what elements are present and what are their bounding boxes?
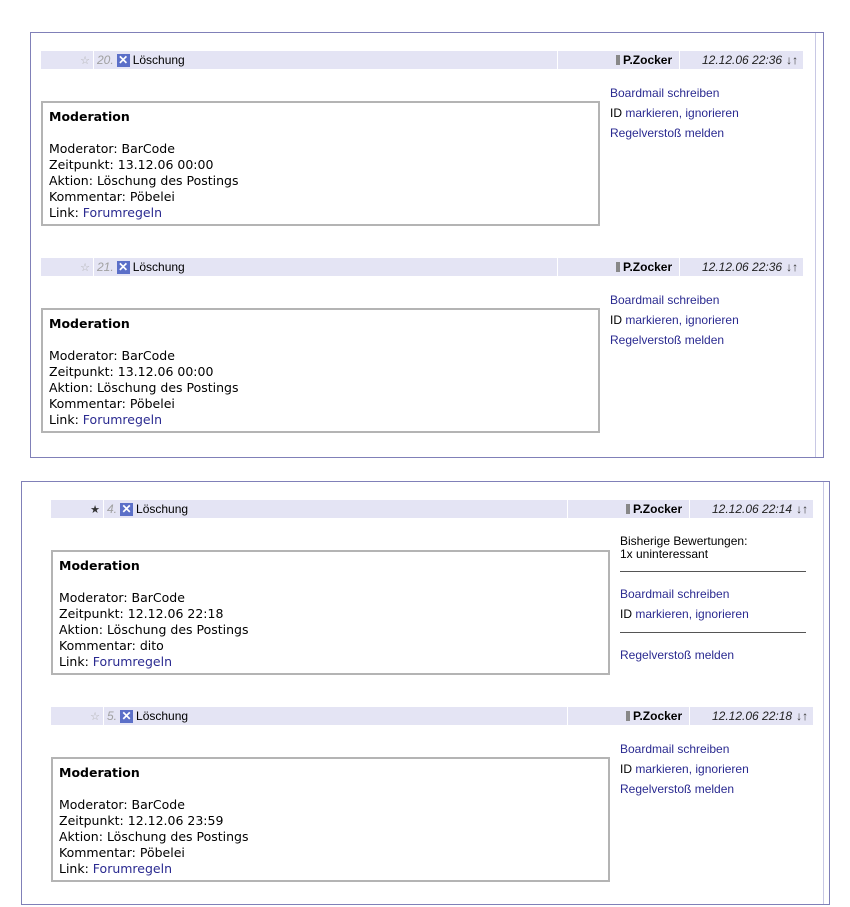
author-link[interactable]: P.Zocker xyxy=(626,500,682,518)
post-number: 21. xyxy=(97,260,114,274)
star-outline-icon[interactable]: ☆ xyxy=(79,54,91,67)
time-line: Zeitpunkt: 13.12.06 00:00 xyxy=(49,364,592,380)
post-title-link[interactable]: Löschung xyxy=(136,709,188,723)
author-link[interactable]: P.Zocker xyxy=(616,258,672,276)
moderator-line: Moderator: BarCode xyxy=(59,797,602,813)
post-number: 5. xyxy=(107,709,117,723)
separator: , xyxy=(689,607,692,621)
forumregeln-link[interactable]: Forumregeln xyxy=(93,654,172,669)
comment-line: Kommentar: Pöbelei xyxy=(49,189,592,205)
forumregeln-link[interactable]: Forumregeln xyxy=(83,205,162,220)
report-link[interactable]: Regelverstoß melden xyxy=(620,648,734,662)
author-link[interactable]: P.Zocker xyxy=(626,707,682,725)
x-icon: ✕ xyxy=(120,503,133,516)
post-actions: Boardmail schreiben ID markieren, ignori… xyxy=(610,83,810,143)
rating-value: 1x uninteressant xyxy=(620,548,820,561)
star-outline-icon[interactable]: ☆ xyxy=(79,261,91,274)
moderator-line: Moderator: BarCode xyxy=(59,590,602,606)
star-outline-icon[interactable]: ☆ xyxy=(89,710,101,723)
moderator-line: Moderator: BarCode xyxy=(49,141,592,157)
post-actions: Boardmail schreiben ID markieren, ignori… xyxy=(610,290,810,350)
action-line: Aktion: Löschung des Postings xyxy=(59,622,602,638)
action-line: Aktion: Löschung des Postings xyxy=(59,829,602,845)
time-line: Zeitpunkt: 12.12.06 22:18 xyxy=(59,606,602,622)
x-icon: ✕ xyxy=(120,710,133,723)
ignore-link[interactable]: ignorieren xyxy=(685,313,738,327)
mark-link[interactable]: markieren xyxy=(625,313,678,327)
comment-line: Kommentar: Pöbelei xyxy=(49,396,592,412)
time-line: Zeitpunkt: 12.12.06 23:59 xyxy=(59,813,602,829)
thread-panel-2: ★ 4. ✕ Löschung P.Zocker 12.12.06 22:14 … xyxy=(21,481,830,905)
post-5: ☆ 5. ✕ Löschung P.Zocker 12.12.06 22:18 … xyxy=(51,707,823,897)
moderation-box: Moderation Moderator: BarCode Zeitpunkt:… xyxy=(41,101,600,226)
report-link[interactable]: Regelverstoß melden xyxy=(610,126,724,140)
moderation-heading: Moderation xyxy=(49,109,592,125)
phone-icon xyxy=(616,55,620,65)
navigate-arrows-icon[interactable]: ↓↑ xyxy=(796,709,808,723)
post-number: 4. xyxy=(107,502,117,516)
separator: , xyxy=(679,106,682,120)
divider xyxy=(620,571,806,572)
panel-scroll-track xyxy=(815,33,816,457)
mark-link[interactable]: markieren xyxy=(635,762,688,776)
phone-icon xyxy=(616,262,620,272)
x-icon: ✕ xyxy=(117,261,130,274)
moderation-box: Moderation Moderator: BarCode Zeitpunkt:… xyxy=(41,308,600,433)
comment-line: Kommentar: Pöbelei xyxy=(59,845,602,861)
post-title-link[interactable]: Löschung xyxy=(133,260,185,274)
moderation-box: Moderation Moderator: BarCode Zeitpunkt:… xyxy=(51,757,610,882)
post-4: ★ 4. ✕ Löschung P.Zocker 12.12.06 22:14 … xyxy=(51,500,823,700)
post-actions: Bisherige Bewertungen: 1x uninteressant … xyxy=(620,535,820,665)
post-date: 12.12.06 22:36 xyxy=(702,260,782,274)
ignore-link[interactable]: ignorieren xyxy=(695,607,748,621)
panel-scroll-track xyxy=(823,482,824,904)
boardmail-link[interactable]: Boardmail schreiben xyxy=(610,86,719,100)
phone-icon xyxy=(626,504,630,514)
author-name: P.Zocker xyxy=(623,260,672,274)
divider xyxy=(620,632,806,633)
link-line: Link: Forumregeln xyxy=(49,205,592,221)
moderation-heading: Moderation xyxy=(59,558,602,574)
mark-link[interactable]: markieren xyxy=(635,607,688,621)
post-20: ☆ 20. ✕ Löschung P.Zocker 12.12.06 22:36… xyxy=(41,51,813,231)
author-name: P.Zocker xyxy=(633,502,682,516)
id-label: ID xyxy=(610,106,622,120)
navigate-arrows-icon[interactable]: ↓↑ xyxy=(786,53,798,67)
moderator-line: Moderator: BarCode xyxy=(49,348,592,364)
forumregeln-link[interactable]: Forumregeln xyxy=(83,412,162,427)
comment-line: Kommentar: dito xyxy=(59,638,602,654)
post-title-link[interactable]: Löschung xyxy=(133,53,185,67)
post-date: 12.12.06 22:18 xyxy=(712,709,792,723)
ignore-link[interactable]: ignorieren xyxy=(685,106,738,120)
post-header: ☆ 21. ✕ Löschung P.Zocker 12.12.06 22:36… xyxy=(41,258,803,276)
author-link[interactable]: P.Zocker xyxy=(616,51,672,69)
author-name: P.Zocker xyxy=(633,709,682,723)
moderation-heading: Moderation xyxy=(59,765,602,781)
report-link[interactable]: Regelverstoß melden xyxy=(620,782,734,796)
navigate-arrows-icon[interactable]: ↓↑ xyxy=(786,260,798,274)
thread-panel-1: ☆ 20. ✕ Löschung P.Zocker 12.12.06 22:36… xyxy=(30,32,824,458)
navigate-arrows-icon[interactable]: ↓↑ xyxy=(796,502,808,516)
id-label: ID xyxy=(610,313,622,327)
time-line: Zeitpunkt: 13.12.06 00:00 xyxy=(49,157,592,173)
action-line: Aktion: Löschung des Postings xyxy=(49,173,592,189)
link-line: Link: Forumregeln xyxy=(49,412,592,428)
ignore-link[interactable]: ignorieren xyxy=(695,762,748,776)
boardmail-link[interactable]: Boardmail schreiben xyxy=(610,293,719,307)
action-line: Aktion: Löschung des Postings xyxy=(49,380,592,396)
post-date: 12.12.06 22:14 xyxy=(712,502,792,516)
post-21: ☆ 21. ✕ Löschung P.Zocker 12.12.06 22:36… xyxy=(41,258,813,438)
id-label: ID xyxy=(620,607,632,621)
post-header: ☆ 5. ✕ Löschung P.Zocker 12.12.06 22:18 … xyxy=(51,707,813,725)
link-line: Link: Forumregeln xyxy=(59,861,602,877)
mark-link[interactable]: markieren xyxy=(625,106,678,120)
post-header: ★ 4. ✕ Löschung P.Zocker 12.12.06 22:14 … xyxy=(51,500,813,518)
report-link[interactable]: Regelverstoß melden xyxy=(610,333,724,347)
rating-summary: Bisherige Bewertungen: 1x uninteressant xyxy=(620,535,820,561)
post-title-link[interactable]: Löschung xyxy=(136,502,188,516)
moderation-heading: Moderation xyxy=(49,316,592,332)
link-line: Link: Forumregeln xyxy=(59,654,602,670)
x-icon: ✕ xyxy=(117,54,130,67)
forumregeln-link[interactable]: Forumregeln xyxy=(93,861,172,876)
separator: , xyxy=(689,762,692,776)
post-date: 12.12.06 22:36 xyxy=(702,53,782,67)
author-name: P.Zocker xyxy=(623,53,672,67)
star-filled-icon[interactable]: ★ xyxy=(89,503,101,516)
moderation-box: Moderation Moderator: BarCode Zeitpunkt:… xyxy=(51,550,610,675)
separator: , xyxy=(679,313,682,327)
post-number: 20. xyxy=(97,53,114,67)
boardmail-link[interactable]: Boardmail schreiben xyxy=(620,742,729,756)
phone-icon xyxy=(626,711,630,721)
boardmail-link[interactable]: Boardmail schreiben xyxy=(620,587,729,601)
post-header: ☆ 20. ✕ Löschung P.Zocker 12.12.06 22:36… xyxy=(41,51,803,69)
post-actions: Boardmail schreiben ID markieren, ignori… xyxy=(620,739,820,799)
id-label: ID xyxy=(620,762,632,776)
